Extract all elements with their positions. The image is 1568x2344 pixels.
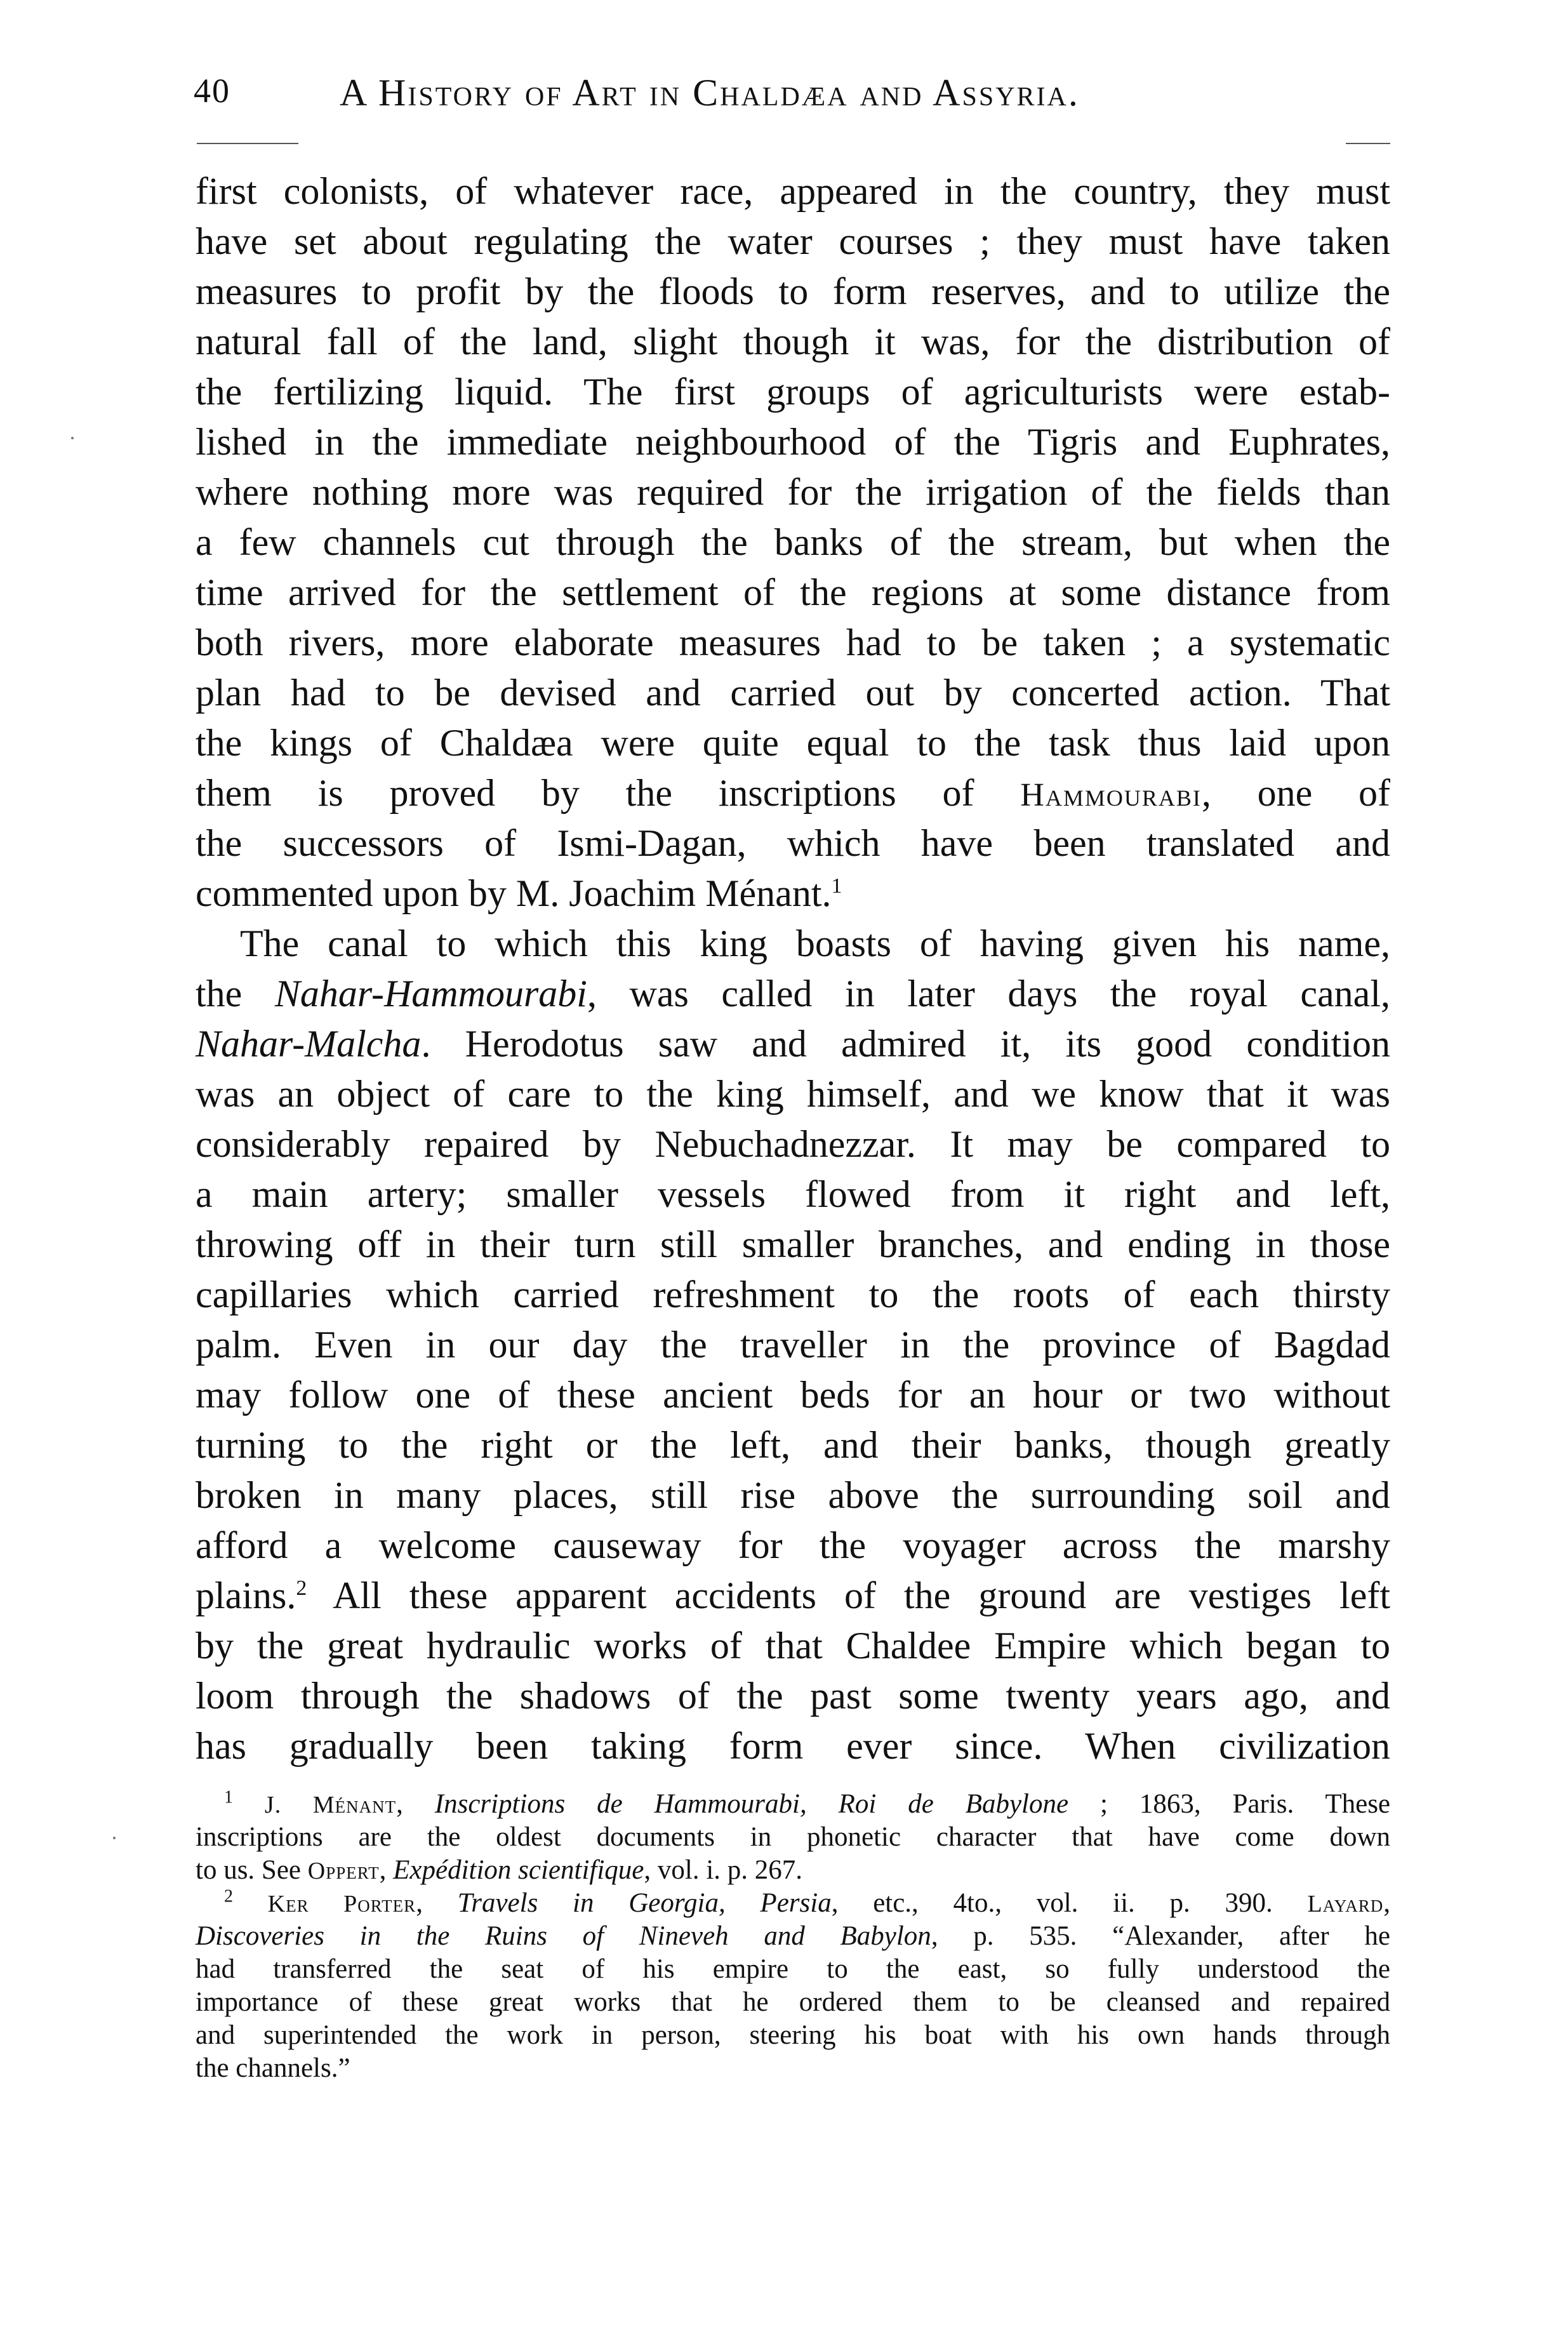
- body-line: a main artery; smaller vessels flowed fr…: [196, 1169, 1390, 1220]
- text-run: , was called in later days the royal can…: [587, 973, 1390, 1015]
- body-line: loom through the shadows of the past som…: [196, 1671, 1390, 1721]
- body-line: plains.2 All these apparent accidents of…: [196, 1571, 1390, 1621]
- book-title: Discoveries in the Ruins of Nineveh and …: [196, 1921, 931, 1951]
- body-text: first colonists, of whatever race, appea…: [196, 166, 1390, 1771]
- footnote-1-line: to us. See Oppert, Expédition scientifiq…: [196, 1854, 1390, 1887]
- footnote-2-line: Discoveries in the Ruins of Nineveh and …: [196, 1920, 1390, 1953]
- footnote-2-line: had transferred the seat of his empire t…: [196, 1953, 1390, 1986]
- author-name: J. Ménant: [265, 1792, 396, 1818]
- text-run: , etc., 4to., vol. ii. p. 390.: [832, 1888, 1308, 1918]
- footnote-ref-1[interactable]: 1: [831, 874, 842, 898]
- body-line: them is proved by the inscriptions of Ha…: [196, 768, 1390, 818]
- text-run: ,: [416, 1888, 457, 1918]
- body-line: by the great hydraulic works of that Cha…: [196, 1621, 1390, 1671]
- italic-term: Nahar-Hammourabi: [275, 973, 587, 1015]
- text-run: plains.: [196, 1575, 296, 1616]
- book-title: Inscriptions de Hammourabi, Roi de Babyl…: [435, 1789, 1068, 1819]
- italic-term: Nahar-Malcha: [196, 1023, 421, 1065]
- body-line: turning to the right or the left, and th…: [196, 1420, 1390, 1470]
- body-line: broken in many places, still rise above …: [196, 1470, 1390, 1521]
- text-run: , p. 535. “Alexander, after he: [931, 1921, 1390, 1951]
- body-line: lished in the immediate neighbourhood of…: [196, 417, 1390, 467]
- body-line: a few channels cut through the banks of …: [196, 517, 1390, 568]
- body-line: afford a welcome causeway for the voyage…: [196, 1521, 1390, 1571]
- footnote-marker: 1: [224, 1788, 233, 1808]
- footnote-2-line: importance of these great works that he …: [196, 1986, 1390, 2019]
- body-line: the Nahar-Hammourabi, was called in late…: [196, 969, 1390, 1019]
- body-line: The canal to which this king boasts of h…: [196, 919, 1390, 969]
- body-line: may follow one of these ancient beds for…: [196, 1370, 1390, 1420]
- text-run: them is proved by the inscriptions of: [196, 772, 1020, 814]
- body-line: the kings of Chaldæa were quite equal to…: [196, 718, 1390, 768]
- book-title: Expédition scientifique: [393, 1855, 644, 1885]
- body-line: both rivers, more elaborate measures had…: [196, 618, 1390, 668]
- text-run: . Herodotus saw and admired it, its good…: [421, 1023, 1390, 1065]
- text-run: commented upon by M. Joachim Ménant.: [196, 872, 831, 914]
- book-page: 40 A History of Art in Chaldæa and Assyr…: [0, 0, 1568, 2344]
- body-line: throwing off in their turn still smaller…: [196, 1220, 1390, 1270]
- body-line: have set about regulating the water cour…: [196, 216, 1390, 267]
- text-run: ,: [380, 1855, 394, 1885]
- author-name: Ker Porter: [268, 1891, 416, 1917]
- footnote-2-line: the channels.”: [196, 2052, 1390, 2085]
- body-line: first colonists, of whatever race, appea…: [196, 166, 1390, 216]
- body-line: time arrived for the settlement of the r…: [196, 568, 1390, 618]
- body-line: plan had to be devised and carried out b…: [196, 668, 1390, 718]
- footnote-marker: 2: [224, 1887, 233, 1907]
- footnotes: 1 J. Ménant, Inscriptions de Hammourabi,…: [196, 1788, 1390, 2085]
- scan-speck: [113, 1837, 116, 1839]
- small-caps-name: Hammourabi: [1020, 777, 1202, 813]
- footnote-2-line: and superintended the work in person, st…: [196, 2019, 1390, 2052]
- header-rule-left: [197, 143, 298, 144]
- page-number: 40: [194, 71, 230, 110]
- text-run: , vol. i. p. 267.: [644, 1855, 802, 1885]
- text-run: All these apparent accidents of the grou…: [307, 1575, 1390, 1616]
- text-run: the: [196, 973, 275, 1015]
- header-rule-right: [1346, 143, 1390, 144]
- text-run: ,: [396, 1789, 435, 1819]
- text-run: ,: [1383, 1888, 1390, 1918]
- text-run: to us. See: [196, 1855, 308, 1885]
- body-line: capillaries which carried refreshment to…: [196, 1270, 1390, 1320]
- footnote-1-line: 1 J. Ménant, Inscriptions de Hammourabi,…: [196, 1788, 1390, 1821]
- footnote-2-line: 2 Ker Porter, Travels in Georgia, Persia…: [196, 1887, 1390, 1920]
- book-title: Travels in Georgia, Persia: [458, 1888, 832, 1918]
- footnote-ref-2[interactable]: 2: [296, 1576, 307, 1600]
- running-header: 40 A History of Art in Chaldæa and Assyr…: [194, 71, 1400, 122]
- body-line: measures to profit by the floods to form…: [196, 267, 1390, 317]
- body-line: commented upon by M. Joachim Ménant.1: [196, 869, 1390, 919]
- body-line: was an object of care to the king himsel…: [196, 1069, 1390, 1119]
- text-run: ; 1863, Paris. These: [1068, 1789, 1390, 1819]
- body-line: the successors of Ismi-Dagan, which have…: [196, 818, 1390, 869]
- body-line: Nahar-Malcha. Herodotus saw and admired …: [196, 1019, 1390, 1069]
- footnote-1-line: inscriptions are the oldest documents in…: [196, 1821, 1390, 1854]
- body-line: natural fall of the land, slight though …: [196, 317, 1390, 367]
- scan-speck: [71, 437, 74, 439]
- author-name: Oppert: [308, 1858, 380, 1884]
- text-run: , one of: [1202, 772, 1390, 814]
- body-line: considerably repaired by Nebuchadnezzar.…: [196, 1119, 1390, 1169]
- body-line: the fertilizing liquid. The first groups…: [196, 367, 1390, 417]
- body-line: palm. Even in our day the traveller in t…: [196, 1320, 1390, 1370]
- running-title: A History of Art in Chaldæa and Assyria.: [340, 71, 1080, 115]
- author-name: Layard: [1308, 1891, 1384, 1917]
- body-line: has gradually been taking form ever sinc…: [196, 1721, 1390, 1771]
- body-line: where nothing more was required for the …: [196, 467, 1390, 517]
